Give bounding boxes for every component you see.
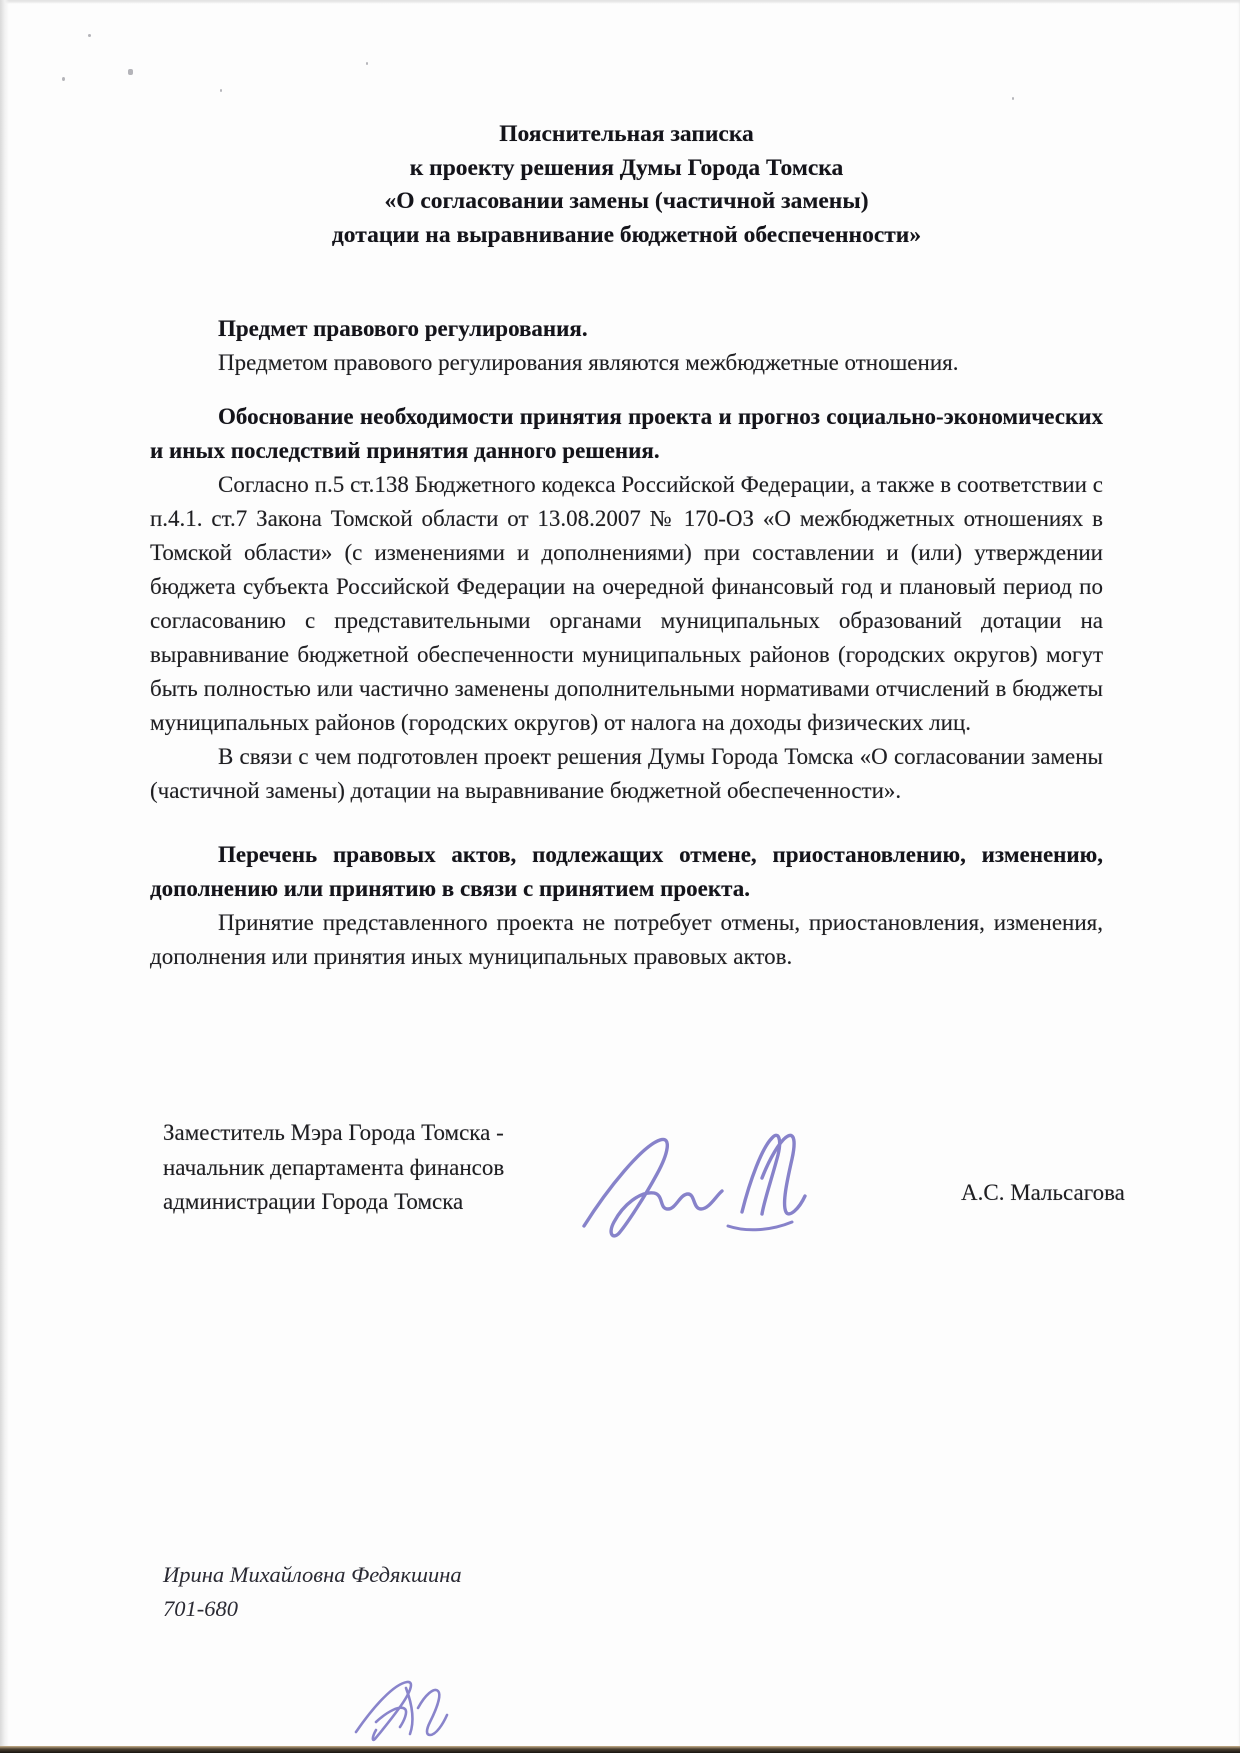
- signature-stroke: [584, 1139, 722, 1235]
- title-line: к проекту решения Думы Города Томска: [150, 152, 1103, 186]
- signature-position-line: Заместитель Мэра Города Томска -: [163, 1116, 504, 1151]
- handwritten-signature: [570, 1128, 830, 1248]
- paragraph: Согласно п.5 ст.138 Бюджетного кодекса Р…: [150, 468, 1103, 740]
- signature-stroke: [418, 1690, 447, 1735]
- paragraph: Принятие представленного проекта не потр…: [150, 906, 1103, 974]
- paragraph: Предметом правового регулирования являют…: [150, 346, 1103, 380]
- paragraph: В связи с чем подготовлен проект решения…: [150, 740, 1103, 808]
- title-line: дотации на выравнивание бюджетной обеспе…: [150, 219, 1103, 253]
- document-title: Пояснительная записка к проекту решения …: [150, 0, 1103, 252]
- executor-info: Ирина Михайловна Федякшина 701-680: [163, 1558, 462, 1626]
- section-justification: Обоснование необходимости принятия проек…: [150, 400, 1103, 808]
- scan-speck: [128, 69, 133, 75]
- signature-position-line: начальник департамента финансов: [163, 1151, 504, 1186]
- section-acts-list-heading: Перечень правовых актов, подлежащих отме…: [150, 838, 1103, 906]
- executor-phone: 701-680: [163, 1592, 462, 1626]
- section-justification-heading: Обоснование необходимости принятия проек…: [150, 400, 1103, 468]
- signature-stroke: [762, 1135, 805, 1214]
- secondary-handwritten-signature: [346, 1676, 456, 1748]
- signature-stroke: [356, 1682, 411, 1740]
- section-acts-list: Перечень правовых актов, подлежащих отме…: [150, 838, 1103, 974]
- paper-edge-left: [0, 0, 9, 1753]
- scan-speck: [62, 77, 65, 81]
- signature-block: Заместитель Мэра Города Томска - начальн…: [163, 1116, 504, 1220]
- executor-name: Ирина Михайловна Федякшина: [163, 1558, 462, 1592]
- section-subject: Предмет правового регулирования. Предмет…: [150, 312, 1103, 380]
- section-subject-heading: Предмет правового регулирования.: [150, 312, 1103, 346]
- bottom-scan-edge: [0, 1746, 1240, 1753]
- title-line: Пояснительная записка: [150, 118, 1103, 152]
- signature-stroke: [742, 1135, 780, 1214]
- title-line: «О согласовании замены (частичной замены…: [150, 185, 1103, 219]
- signature-stroke: [728, 1222, 792, 1230]
- document-body: Пояснительная записка к проекту решения …: [150, 0, 1103, 974]
- signature-position-line: администрации Города Томска: [163, 1185, 504, 1220]
- scanned-document-page: Пояснительная записка к проекту решения …: [0, 0, 1240, 1753]
- scan-speck: [88, 34, 91, 37]
- signer-name: А.С. Мальсагова: [961, 1180, 1125, 1206]
